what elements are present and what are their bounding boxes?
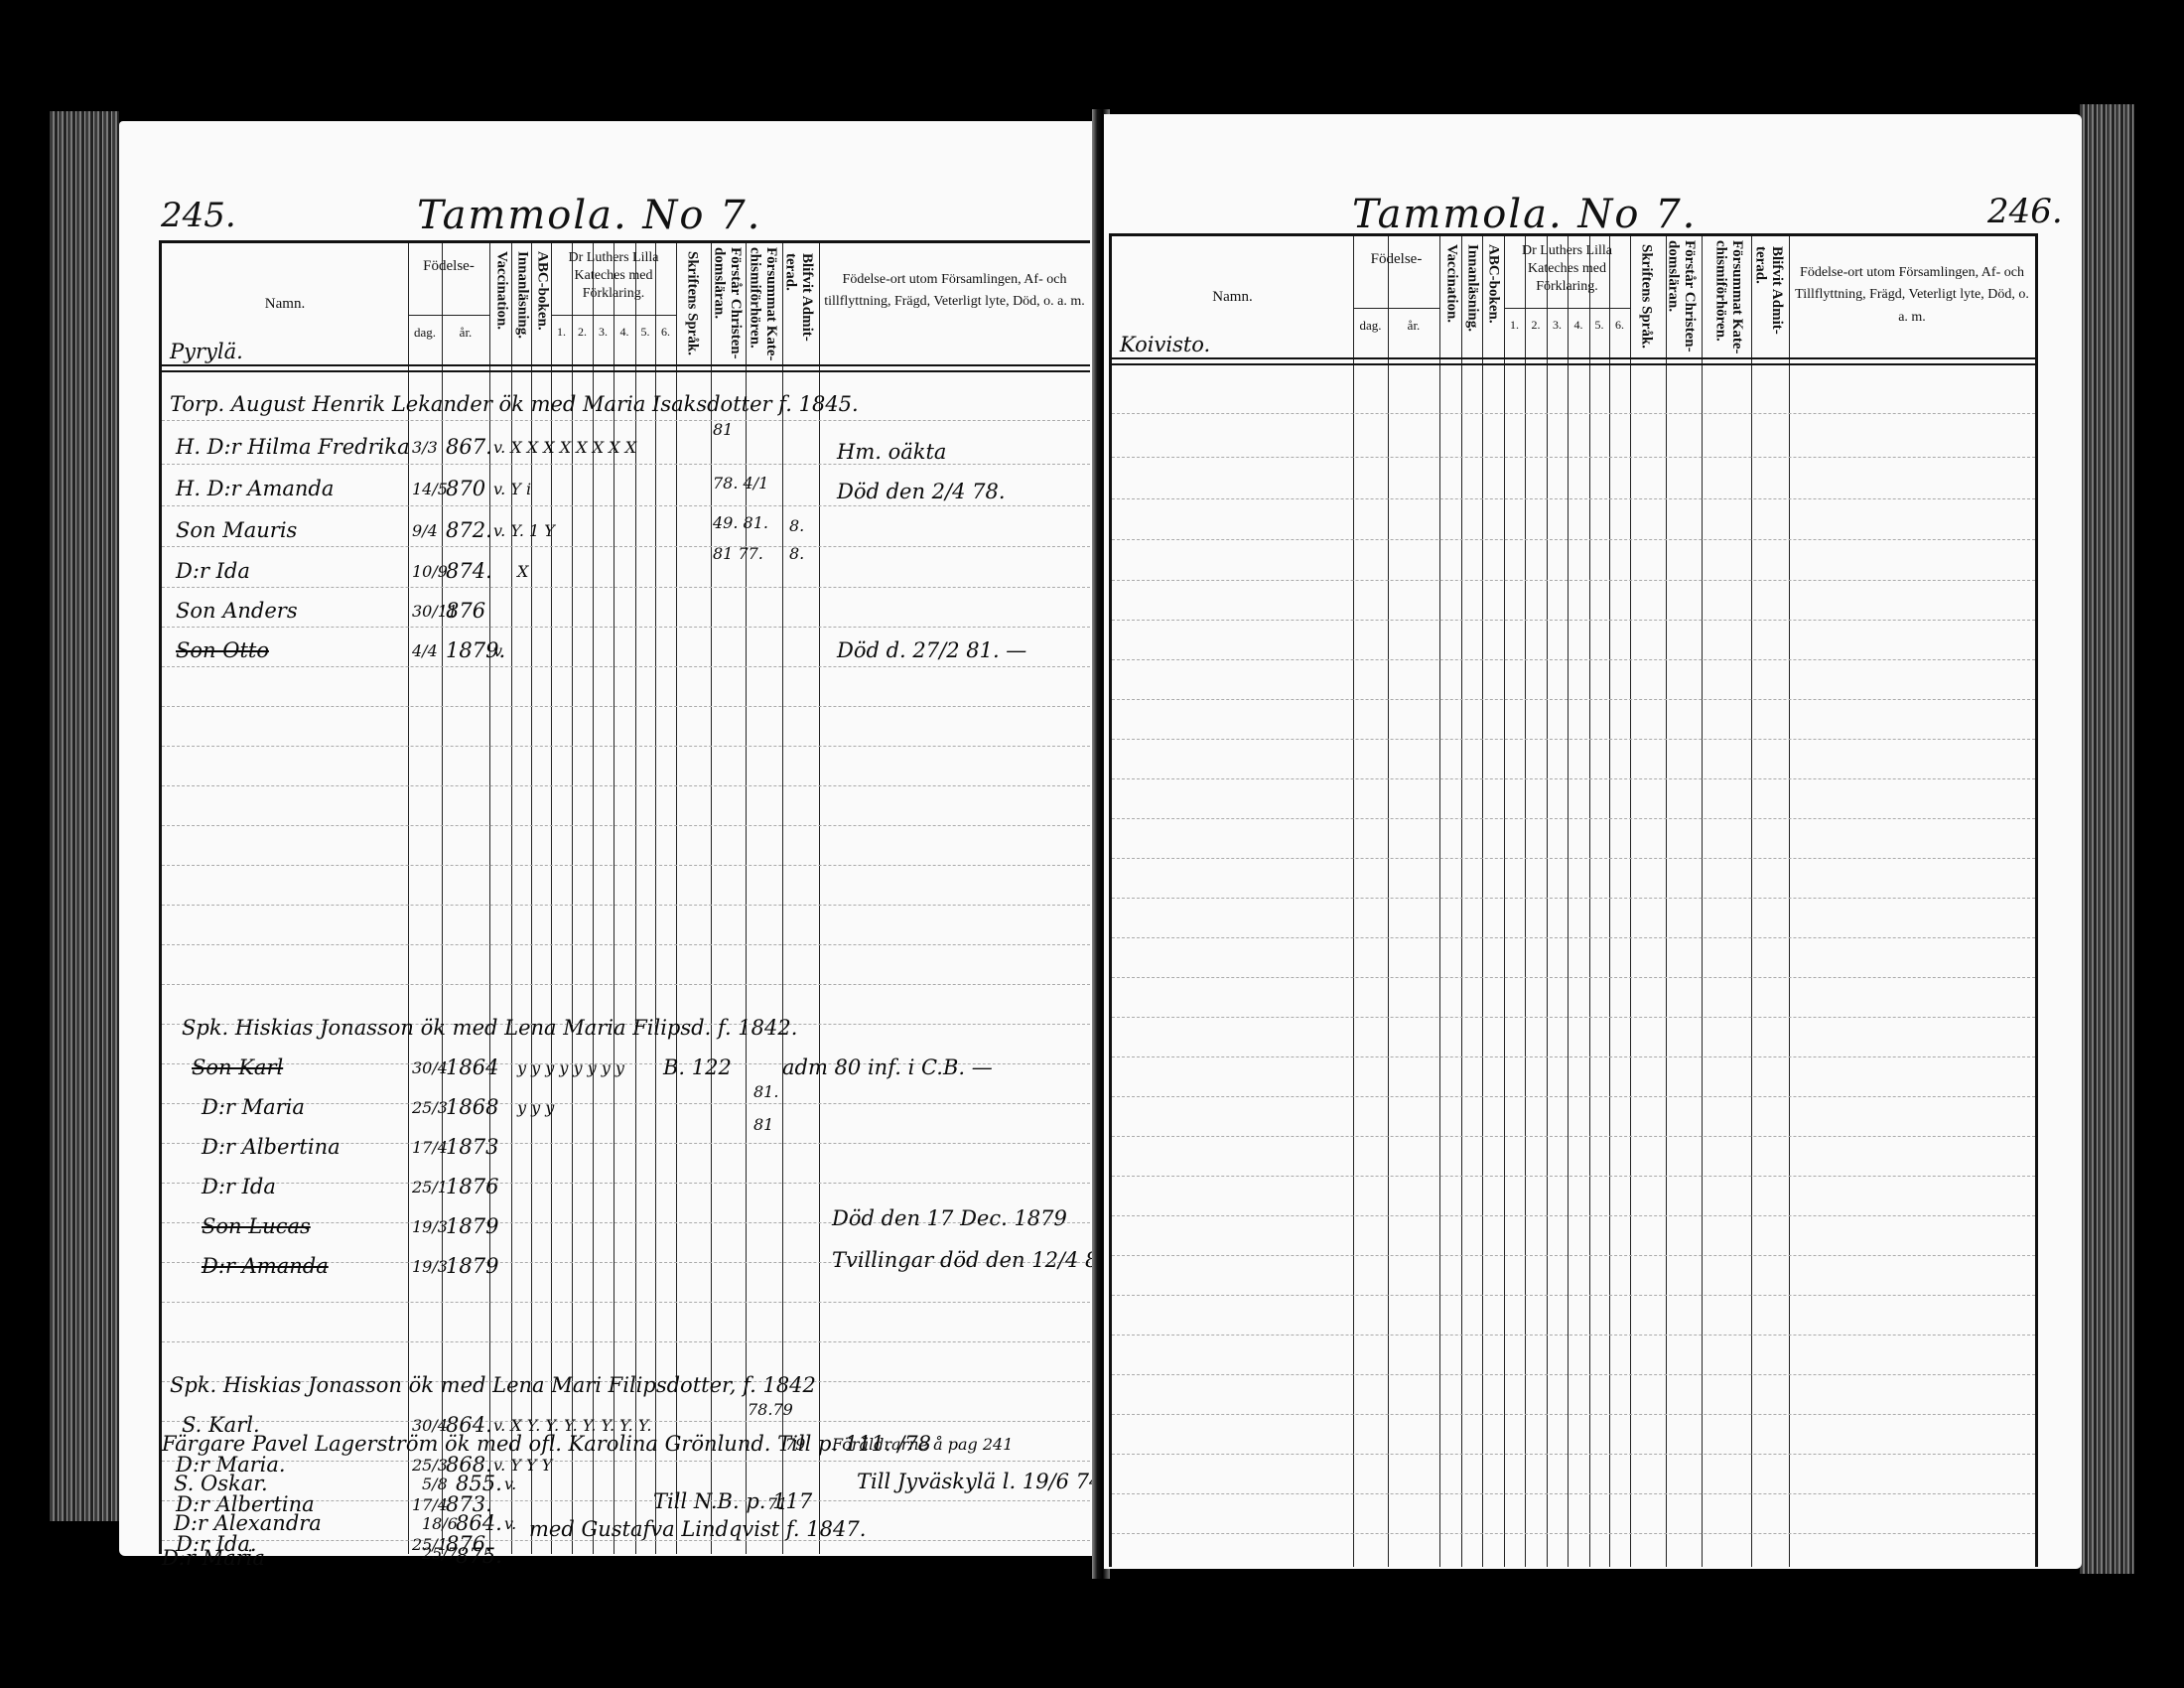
row-rule	[1112, 1335, 2035, 1336]
column-rule	[1630, 236, 1631, 1567]
entry-col-b: 8.	[789, 516, 804, 535]
header-luther-5: 5.	[635, 325, 655, 341]
row-rule	[162, 1302, 1090, 1303]
row-rule	[162, 706, 1090, 707]
entry-ar: 876	[446, 599, 485, 623]
section-label: Koivisto.	[1120, 333, 1210, 356]
row-rule	[1112, 620, 2035, 621]
row-rule	[1112, 1176, 2035, 1177]
entry-household-line: Spk. Hiskias Jonasson ök med Lena Maria …	[182, 1016, 797, 1040]
row-rule	[162, 464, 1090, 465]
row-rule	[1112, 977, 2035, 978]
header-fodelseort: Födelse-ort utom Församlingen, Af- och t…	[823, 269, 1086, 314]
header-luther-2: 2.	[572, 325, 593, 341]
entry-marks: v	[493, 641, 502, 660]
entry-name: Son Otto	[176, 638, 269, 662]
header-luther: Dr Luthers Lilla Kateches med Förklaring…	[551, 249, 676, 304]
entry-ar: 864.	[456, 1511, 502, 1535]
entry-dag: 25/3	[412, 1098, 448, 1117]
entry-name: D:r Amanda	[202, 1254, 329, 1278]
entry-dag: 30/4	[412, 1058, 448, 1077]
header-bottom-rule	[1112, 357, 2035, 359]
entry-dag: 25/1	[412, 1178, 448, 1196]
row-rule	[162, 1461, 1090, 1462]
header-luther-5: 5.	[1589, 318, 1609, 334]
column-rule	[711, 243, 712, 1554]
entry-marks: X	[517, 562, 528, 581]
entry-dag: 19/3	[412, 1257, 448, 1276]
row-rule	[1112, 1454, 2035, 1455]
entry-marks: y y y	[517, 1098, 554, 1117]
header-luther-3: 3.	[1547, 318, 1568, 334]
left-page: 245. Tammola. No 7. Namn. Födelse- dag. …	[119, 121, 1097, 1556]
entry-household-line: Torp. August Henrik Lekander ök med Mari…	[170, 392, 859, 416]
row-rule	[1112, 1215, 2035, 1216]
entry-ar: 855.	[456, 1472, 502, 1495]
header-namn: Namn.	[162, 295, 408, 315]
header-admitterad: Blifvit Admit-terad.	[787, 253, 815, 362]
header-ar: år.	[442, 325, 489, 342]
header-luther-1: 1.	[551, 325, 572, 341]
row-rule	[1112, 778, 2035, 779]
header-abc-boken: ABC-boken.	[534, 251, 551, 351]
row-rule	[1112, 539, 2035, 540]
entry-dag: 5/8	[422, 1475, 448, 1493]
entry-name: S. Oskar.	[174, 1472, 268, 1495]
entry-name: Son Mauris	[176, 518, 297, 542]
column-rule	[1568, 236, 1569, 1567]
row-rule	[162, 865, 1090, 866]
header-abc-boken: ABC-boken.	[1485, 244, 1502, 344]
entry-marks: y y y y y y y y	[517, 1058, 624, 1077]
column-rule	[1589, 236, 1590, 1567]
entry-col-a: 81	[713, 420, 733, 439]
entry-notes: Död den 17 Dec. 1879	[832, 1206, 1067, 1230]
header-namn: Namn.	[1112, 288, 1353, 308]
header-luther-6: 6.	[1609, 318, 1630, 334]
header-forsummat: Försummat Kate-chismiförhören.	[751, 247, 779, 361]
page-title: Tammola. No 7.	[417, 193, 761, 238]
entry-marks: v. Y i	[493, 480, 531, 498]
entry-ar: 875.	[456, 1544, 502, 1568]
entry-ar: 1873	[446, 1135, 498, 1159]
entry-name: D:r Ida	[176, 559, 250, 583]
entry-name: Son Lucas	[202, 1214, 311, 1238]
entry-ar: 870	[446, 477, 485, 500]
row-rule	[162, 825, 1090, 826]
column-rule	[1388, 236, 1389, 1567]
page-number: 246.	[1987, 192, 2063, 231]
page-title: Tammola. No 7.	[1352, 192, 1697, 237]
entry-dag: 19/3	[412, 1217, 448, 1236]
header-luther-4: 4.	[1568, 318, 1589, 334]
column-rule	[442, 243, 443, 1554]
entry-col-a: 49. 81.	[713, 513, 768, 532]
entry-notes: Död d. 27/2 81. —	[837, 638, 1026, 662]
column-rule	[1789, 236, 1790, 1567]
entry-dag: 18/6	[422, 1514, 458, 1533]
row-rule	[162, 666, 1090, 667]
book-page-edges-left	[50, 111, 119, 1521]
entry-notes: adm 80 inf. i C.B. —	[782, 1055, 993, 1079]
entry-notes: Tvillingar död den 12/4 80	[832, 1248, 1112, 1272]
row-rule	[1112, 498, 2035, 499]
row-rule	[1112, 1295, 2035, 1296]
entry-notes: Till N.B. p. 117	[653, 1489, 812, 1513]
row-rule	[1112, 739, 2035, 740]
entry-name: D:r Alexandra	[174, 1511, 322, 1535]
entry-dag: 10/9	[412, 562, 448, 581]
register-table: Namn. Födelse- dag. år. Vaccination. Inn…	[159, 240, 1090, 1554]
column-rule	[1702, 236, 1703, 1567]
header-vaccination: Vaccination.	[1443, 244, 1460, 344]
entry-spouse-line: med Gustafva Lindqvist f. 1847.	[529, 1517, 866, 1541]
header-dag: dag.	[408, 325, 442, 342]
row-rule	[1112, 1374, 2035, 1375]
entry-ar: 1864	[446, 1055, 498, 1079]
column-rule	[1504, 236, 1505, 1567]
entry-col-a: 78.79	[748, 1400, 793, 1419]
entry-col-a: 78. 4/1	[713, 474, 768, 492]
entry-dag: 25/7	[422, 1544, 458, 1563]
header-luther-2: 2.	[1525, 318, 1547, 334]
row-rule	[162, 587, 1090, 588]
column-rule	[1525, 236, 1526, 1567]
entry-marks: v. Y. 1 Y	[493, 521, 555, 540]
entry-ar: 1876	[446, 1175, 498, 1198]
header-subrule	[551, 315, 676, 316]
entry-name: D:r Albertina	[202, 1135, 341, 1159]
row-rule	[162, 944, 1090, 945]
header-luther-6: 6.	[655, 325, 676, 341]
header-skriftens-sprak: Skriftens Språk.	[684, 251, 701, 360]
entry-col-a: 81 77.	[713, 544, 763, 563]
entry-marks: v.	[504, 1514, 516, 1533]
row-rule	[1112, 818, 2035, 819]
register-table: Namn. Födelse- dag. år. Vaccination. Inn…	[1109, 233, 2038, 1567]
entry-name: D:r Maria	[202, 1095, 305, 1119]
row-rule	[1112, 898, 2035, 899]
entry-notes: Död den 2/4 78.	[837, 480, 1006, 503]
header-subrule	[408, 315, 489, 316]
row-rule	[162, 1341, 1090, 1342]
row-rule	[1112, 858, 2035, 859]
header-subrule	[1353, 308, 1439, 309]
header-fodelse: Födelse-	[1353, 250, 1439, 270]
header-forsummat: Försummat Kate-chismiförhören.	[1707, 240, 1745, 354]
column-rule	[1609, 236, 1610, 1567]
header-dag: dag.	[1353, 318, 1388, 335]
entry-col-a: 81.	[753, 1082, 778, 1101]
column-rule	[655, 243, 656, 1554]
row-rule	[1112, 937, 2035, 938]
row-rule	[162, 746, 1090, 747]
row-rule	[1112, 1255, 2035, 1256]
row-rule	[1112, 1136, 2035, 1137]
section-label: Pyrylä.	[170, 340, 243, 363]
entry-col-a: 81	[753, 1115, 773, 1134]
header-bottom-rule	[162, 364, 1090, 366]
row-rule	[162, 1183, 1090, 1184]
entry-ar: 1879	[446, 1254, 498, 1278]
row-rule	[1112, 1056, 2035, 1057]
header-innanlasning: Innanläsning.	[1464, 244, 1481, 344]
header-skriftens-sprak: Skriftens Språk.	[1638, 244, 1655, 353]
header-forstar: Förstår Christen-domsläran.	[716, 247, 744, 361]
column-rule	[782, 243, 783, 1554]
entry-marks: v.	[504, 1475, 516, 1493]
entry-dag: 4/4	[412, 641, 438, 660]
row-rule	[1112, 1414, 2035, 1415]
column-rule	[1461, 236, 1462, 1567]
column-rule	[1666, 236, 1667, 1567]
header-forstar: Förstår Christen-domsläran.	[1670, 240, 1698, 354]
row-rule	[1112, 457, 2035, 458]
header-fodelseort: Födelse-ort utom Församlingen, Af- och T…	[1793, 262, 2031, 329]
row-rule	[1112, 413, 2035, 414]
header-vaccination: Vaccination.	[493, 251, 510, 351]
entry-dag: 3/3	[412, 438, 438, 457]
entry-household-line: Färgare Pavel Lagerström ök med ofl. Kar…	[162, 1432, 931, 1456]
entry-marks: v. Y Y Y	[493, 1456, 552, 1475]
column-rule	[746, 243, 747, 1554]
column-rule	[1353, 236, 1354, 1567]
entry-col-a: B. 122	[663, 1055, 732, 1079]
entry-name: Son Karl	[192, 1055, 283, 1079]
header-subrule	[1504, 308, 1630, 309]
entry-ar: 1879	[446, 1214, 498, 1238]
row-rule	[1112, 1096, 2035, 1097]
entry-ar: 872.	[446, 518, 492, 542]
header-luther-1: 1.	[1504, 318, 1525, 334]
entry-household-line: Spk. Hiskias Jonasson ök med Lena Mari F…	[170, 1373, 816, 1397]
entry-notes: Hm. oäkta	[837, 440, 946, 464]
row-rule	[162, 505, 1090, 506]
row-rule	[1112, 699, 2035, 700]
right-page: Tammola. No 7. 246. Namn. Födelse- dag. …	[1104, 114, 2082, 1569]
row-rule	[162, 785, 1090, 786]
row-rule	[162, 627, 1090, 628]
section-rule	[162, 370, 1090, 372]
entry-dag: 14/5	[412, 480, 448, 498]
row-rule	[1112, 659, 2035, 660]
entry-dag: 25/3	[412, 1456, 448, 1475]
entry-ar: 1868	[446, 1095, 498, 1119]
page-number: 245.	[161, 196, 236, 235]
entry-name: D:r Ida	[202, 1175, 276, 1198]
row-rule	[1112, 1017, 2035, 1018]
section-rule	[1112, 363, 2035, 365]
row-rule	[1112, 1533, 2035, 1534]
header-luther-4: 4.	[614, 325, 635, 341]
entry-ar: 867.	[446, 435, 492, 459]
header-luther: Dr Luthers Lilla Kateches med Förklaring…	[1504, 242, 1630, 297]
row-rule	[1112, 580, 2035, 581]
header-luther-3: 3.	[593, 325, 614, 341]
row-rule	[162, 984, 1090, 985]
row-rule	[162, 905, 1090, 906]
row-rule	[1112, 1493, 2035, 1494]
entry-name: D:r Maria	[162, 1546, 265, 1570]
column-rule	[1547, 236, 1548, 1567]
header-fodelse: Födelse-	[408, 257, 489, 277]
column-rule	[1482, 236, 1483, 1567]
entry-dag: 17/4	[412, 1495, 448, 1514]
header-admitterad: Blifvit Admit-terad.	[1757, 246, 1785, 355]
entry-ar: 874.	[446, 559, 492, 583]
column-rule	[1439, 236, 1440, 1567]
header-ar: år.	[1388, 318, 1439, 335]
entry-dag: 9/4	[412, 521, 438, 540]
row-rule	[162, 420, 1090, 421]
entry-notes: Till Jyväskylä l. 19/6 74	[857, 1470, 1102, 1493]
book-page-edges-right	[2080, 104, 2134, 1574]
entry-col-a: 71	[767, 1494, 787, 1513]
entry-name: H. D:r Hilma Fredrika	[176, 435, 410, 459]
entry-marks: v. X X X X X X X X	[493, 438, 636, 457]
entry-dag: 17/4	[412, 1138, 448, 1157]
header-innanlasning: Innanläsning.	[514, 251, 531, 351]
column-rule	[676, 243, 677, 1554]
column-rule	[1751, 236, 1752, 1567]
entry-name: H. D:r Amanda	[176, 477, 334, 500]
entry-col-b: 8.	[789, 544, 804, 563]
row-rule	[162, 546, 1090, 547]
entry-name: Son Anders	[176, 599, 298, 623]
column-rule	[819, 243, 820, 1554]
